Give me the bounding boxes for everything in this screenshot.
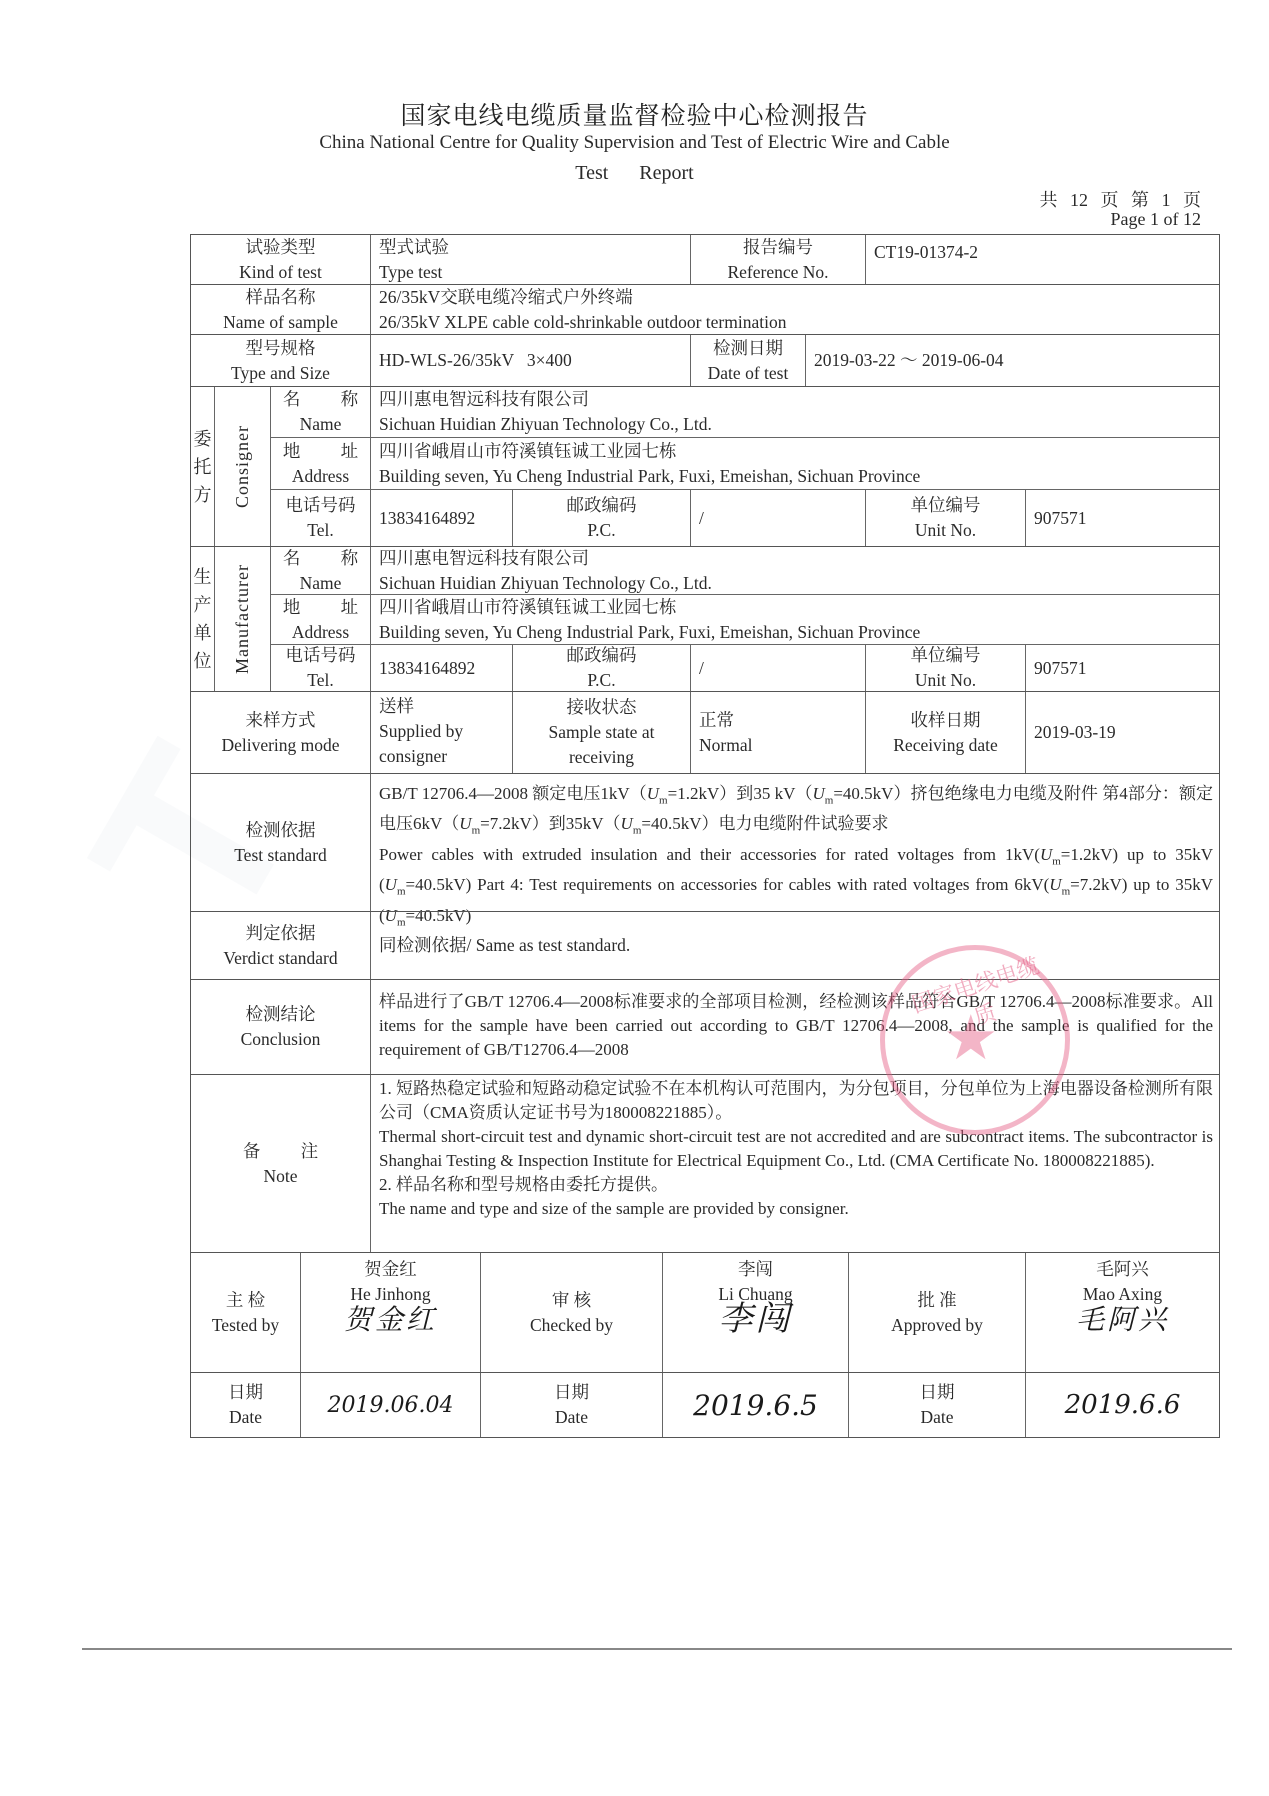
type-and-size-label: 型号规格 Type and Size [191,335,371,386]
name-of-sample-value: 26/35kV交联电缆冷缩式户外终端 26/35kV XLPE cable co… [371,285,1219,334]
checked-by-label: 审 核 Checked by [481,1253,663,1372]
row-conclusion: 检测结论 Conclusion 样品进行了GB/T 12706.4—2008标准… [190,979,1220,1074]
tested-by-signature: 贺金红 [301,1307,480,1332]
note-value: 1. 短路热稳定试验和短路动稳定试验不在本机构认可范围内，为分包项目，分包单位为… [371,1075,1219,1252]
receiving-date-label: 收样日期 Receiving date [866,692,1026,773]
row-name-of-sample: 样品名称 Name of sample 26/35kV交联电缆冷缩式户外终端 2… [190,284,1220,334]
tested-by-value: 贺金红 He Jinhong 贺金红 [301,1253,481,1372]
consigner-tel-row: 电话号码 Tel. 13834164892 邮政编码 P.C. / 单位编号 U… [271,489,1219,546]
manufacturer-unit-value: 907571 [1026,645,1219,691]
manufacturer-tel-value: 13834164892 [371,645,513,691]
checked-date-label: 日期 Date [481,1373,663,1437]
consigner-block: 委托方 Consigner 名 称 Name 四川惠电智远科技有限公司 Sich… [190,386,1220,546]
manufacturer-tel-label: 电话号码 Tel. [271,645,371,691]
test-standard-value: GB/T 12706.4—2008 额定电压1kV（Um=1.2kV）到35 k… [371,774,1219,911]
consigner-group-en: Consigner [215,387,271,546]
manufacturer-name-label: 名 称 Name [271,547,371,594]
checked-by-signature: 李闯 [663,1307,848,1332]
date-of-test-value: 2019-03-22 ～ 2019-06-04 [806,335,1219,386]
note-item-1-en: Thermal short-circuit test and dynamic s… [379,1125,1213,1173]
consigner-address-row: 地 址 Address 四川省峨眉山市符溪镇钰诚工业园七栋 Building s… [271,437,1219,489]
consigner-name-label: 名 称 Name [271,387,371,437]
note-item-2-cn: 2. 样品名称和型号规格由委托方提供。 [379,1173,1213,1197]
row-type-and-size: 型号规格 Type and Size HD-WLS-26/35kV 3×400 … [190,334,1220,386]
report-subtitle: Test Report [0,162,1269,185]
sample-state-label: 接收状态 Sample state at receiving [513,692,691,773]
receiving-date-value: 2019-03-19 [1026,692,1219,773]
note-item-1-cn: 1. 短路热稳定试验和短路动稳定试验不在本机构认可范围内，为分包项目，分包单位为… [379,1077,1213,1125]
row-delivering-mode: 来样方式 Delivering mode 送样 Supplied by cons… [190,691,1220,773]
consigner-address-value: 四川省峨眉山市符溪镇钰诚工业园七栋 Building seven, Yu Che… [371,438,1219,489]
conclusion-label: 检测结论 Conclusion [191,980,371,1074]
manufacturer-group-en: Manufacturer [215,547,271,691]
manufacturer-tel-row: 电话号码 Tel. 13834164892 邮政编码 P.C. / 单位编号 U… [271,644,1219,691]
report-title-en: China National Centre for Quality Superv… [0,132,1269,154]
consigner-address-label: 地 址 Address [271,438,371,489]
consigner-pc-label: 邮政编码 P.C. [513,490,691,546]
type-and-size-value: HD-WLS-26/35kV 3×400 [371,335,691,386]
test-standard-cn: GB/T 12706.4—2008 额定电压1kV（Um=1.2kV）到35 k… [379,782,1213,843]
delivering-mode-label: 来样方式 Delivering mode [191,692,371,773]
page-number-en: Page 1 of 12 [1111,209,1201,230]
manufacturer-block: 生产单位 Manufacturer 名 称 Name 四川惠电智远科技有限公司 … [190,546,1220,691]
note-label: 备 注 Note [191,1075,371,1252]
report-title-cn: 国家电线电缆质量监督检验中心检测报告 [0,96,1269,132]
verdict-standard-label: 判定依据 Verdict standard [191,912,371,979]
name-of-sample-label: 样品名称 Name of sample [191,285,371,334]
consigner-pc-value: / [691,490,866,546]
test-standard-label: 检测依据 Test standard [191,774,371,911]
manufacturer-address-label: 地 址 Address [271,595,371,644]
tested-date-value: 2019.06.04 [301,1373,481,1437]
date-of-test-label: 检测日期 Date of test [691,335,806,386]
consigner-group-cn: 委托方 [191,387,215,546]
row-test-standard: 检测依据 Test standard GB/T 12706.4—2008 额定电… [190,773,1220,911]
row-note: 备 注 Note 1. 短路热稳定试验和短路动稳定试验不在本机构认可范围内，为分… [190,1074,1220,1252]
consigner-tel-value: 13834164892 [371,490,513,546]
approved-date-label: 日期 Date [849,1373,1026,1437]
row-verdict-standard: 判定依据 Verdict standard 同检测依据/ Same as tes… [190,911,1220,979]
page-bottom-edge [82,1648,1232,1650]
manufacturer-name-value: 四川惠电智远科技有限公司 Sichuan Huidian Zhiyuan Tec… [371,547,1219,594]
delivering-mode-value: 送样 Supplied by consigner [371,692,513,773]
manufacturer-group-cn: 生产单位 [191,547,215,691]
checked-date-value: 2019.6.5 [663,1373,849,1437]
manufacturer-pc-label: 邮政编码 P.C. [513,645,691,691]
reference-no-value: CT19-01374-2 [866,235,1219,284]
report-table: 试验类型 Kind of test 型式试验 Type test 报告编号 Re… [190,234,1220,1438]
kind-of-test-label: 试验类型 Kind of test [191,235,371,284]
row-dates: 日期 Date 2019.06.04 日期 Date 2019.6.5 日期 D… [190,1372,1220,1438]
sample-state-value: 正常 Normal [691,692,866,773]
consigner-name-row: 名 称 Name 四川惠电智远科技有限公司 Sichuan Huidian Zh… [271,387,1219,437]
approved-by-value: 毛阿兴 Mao Axing 毛阿兴 [1026,1253,1219,1372]
manufacturer-name-row: 名 称 Name 四川惠电智远科技有限公司 Sichuan Huidian Zh… [271,547,1219,594]
tested-date-label: 日期 Date [191,1373,301,1437]
consigner-unit-label: 单位编号 Unit No. [866,490,1026,546]
note-item-2-en: The name and type and size of the sample… [379,1197,1213,1221]
row-kind-of-test: 试验类型 Kind of test 型式试验 Type test 报告编号 Re… [190,234,1220,284]
approved-date-value: 2019.6.6 [1026,1373,1219,1437]
consigner-tel-label: 电话号码 Tel. [271,490,371,546]
consigner-name-value: 四川惠电智远科技有限公司 Sichuan Huidian Zhiyuan Tec… [371,387,1219,437]
kind-of-test-value: 型式试验 Type test [371,235,691,284]
manufacturer-pc-value: / [691,645,866,691]
tested-by-label: 主 检 Tested by [191,1253,301,1372]
approved-by-signature: 毛阿兴 [1026,1307,1219,1332]
conclusion-value: 样品进行了GB/T 12706.4—2008标准要求的全部项目检测，经检测该样品… [371,980,1219,1074]
approved-by-label: 批 准 Approved by [849,1253,1026,1372]
verdict-standard-value: 同检测依据/ Same as test standard. [371,912,1219,979]
manufacturer-address-value: 四川省峨眉山市符溪镇钰诚工业园七栋 Building seven, Yu Che… [371,595,1219,644]
manufacturer-address-row: 地 址 Address 四川省峨眉山市符溪镇钰诚工业园七栋 Building s… [271,594,1219,644]
reference-no-label: 报告编号 Reference No. [691,235,866,284]
consigner-unit-value: 907571 [1026,490,1219,546]
checked-by-value: 李闯 Li Chuang 李闯 [663,1253,849,1372]
row-signatures: 主 检 Tested by 贺金红 He Jinhong 贺金红 审 核 Che… [190,1252,1220,1372]
report-page: T 国家电线电缆质量监督检验中心检测报告 China National Cent… [0,0,1269,1796]
manufacturer-unit-label: 单位编号 Unit No. [866,645,1026,691]
